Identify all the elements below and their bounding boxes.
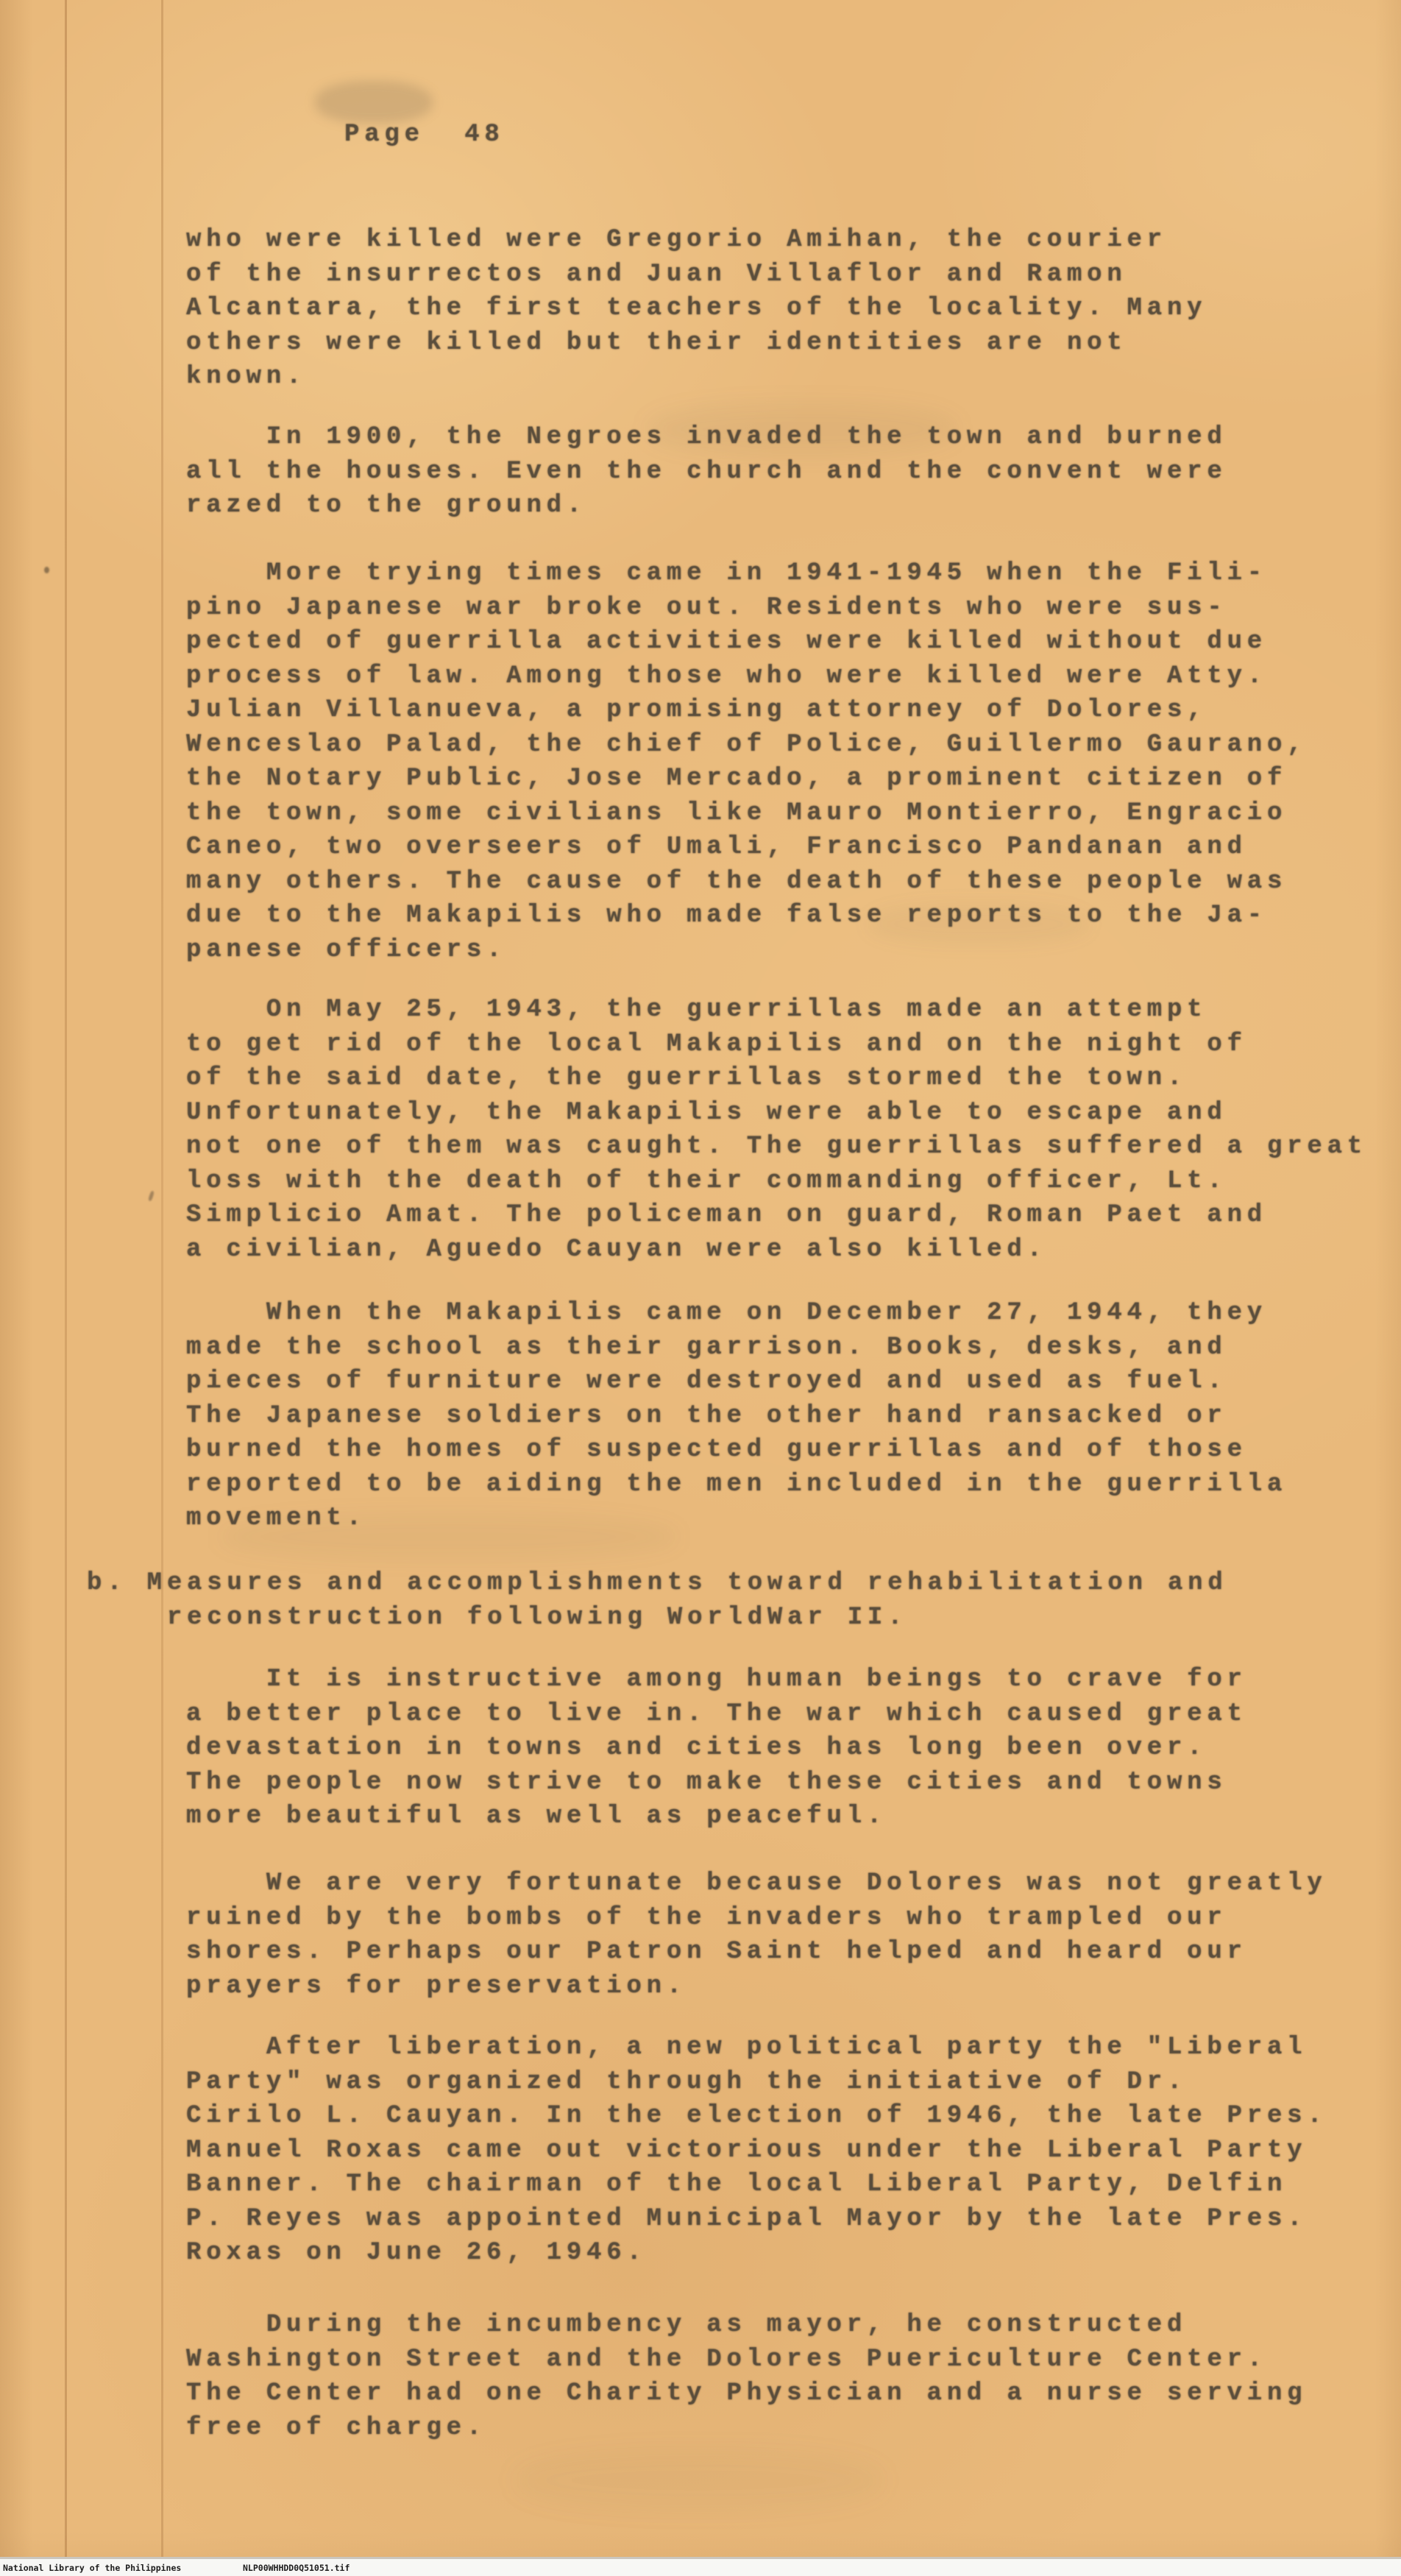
- text-line: During the incumbency as mayor, he const…: [186, 2308, 1307, 2343]
- text-line: a civilian, Aguedo Cauyan were also kill…: [186, 1233, 1367, 1267]
- text-line: shores. Perhaps our Patron Saint helped …: [186, 1935, 1327, 1970]
- text-line: Alcantara, the first teachers of the loc…: [186, 291, 1207, 326]
- paper-fold-line-margin: [161, 0, 163, 2558]
- text-line: devastation in towns and cities has long…: [186, 1731, 1247, 1766]
- text-line: The Japanese soldiers on the other hand …: [186, 1399, 1287, 1434]
- paragraph-p8: After liberation, a new political party …: [186, 2031, 1327, 2271]
- text-line: Cirilo L. Cauyan. In the election of 194…: [186, 2099, 1327, 2134]
- text-line: to get rid of the local Makapilis and on…: [186, 1027, 1367, 1062]
- text-line: After liberation, a new political party …: [186, 2031, 1327, 2065]
- paper-stain: [515, 2451, 883, 2510]
- text-line: reconstruction following WorldWar II.: [87, 1601, 1228, 1635]
- text-line: pected of guerrilla activities were kill…: [186, 625, 1307, 659]
- paper-fold-line-left: [65, 0, 67, 2558]
- text-line: the town, some civilians like Mauro Mont…: [186, 796, 1307, 831]
- text-line: due to the Makapilis who made false repo…: [186, 899, 1307, 933]
- pencil-mark: [148, 1191, 155, 1202]
- footer-library-name: National Library of the Philippines: [3, 2561, 181, 2575]
- text-line: In 1900, the Negroes invaded the town an…: [186, 420, 1227, 455]
- paragraph-p1: who were killed were Gregorio Amihan, th…: [186, 223, 1207, 394]
- text-line: Party" was organized through the initiat…: [186, 2065, 1327, 2100]
- text-line: P. Reyes was appointed Municipal Mayor b…: [186, 2202, 1327, 2237]
- text-line: Washington Street and the Dolores Pueric…: [186, 2343, 1307, 2377]
- text-line: of the insurrectos and Juan Villaflor an…: [186, 258, 1207, 292]
- text-line: It is instructive among human beings to …: [186, 1663, 1247, 1697]
- paragraph-p2: In 1900, the Negroes invaded the town an…: [186, 420, 1227, 523]
- paragraph-p4: On May 25, 1943, the guerrillas made an …: [186, 993, 1367, 1267]
- text-line: of the said date, the guerrillas stormed…: [186, 1061, 1367, 1096]
- text-line: prayers for preservation.: [186, 1970, 1327, 2004]
- text-line: loss with the death of their commanding …: [186, 1164, 1367, 1199]
- text-line: When the Makapilis came on December 27, …: [186, 1296, 1287, 1331]
- pencil-mark: [44, 567, 49, 573]
- text-line: reported to be aiding the men included i…: [186, 1468, 1287, 1502]
- text-line: Julian Villanueva, a promising attorney …: [186, 693, 1307, 728]
- paragraph-p5: When the Makapilis came on December 27, …: [186, 1296, 1287, 1536]
- text-line: The people now strive to make these citi…: [186, 1766, 1247, 1800]
- text-line: burned the homes of suspected guerrillas…: [186, 1433, 1287, 1468]
- text-line: many others. The cause of the death of t…: [186, 865, 1307, 899]
- scan-footer-bar: National Library of the Philippines NLP0…: [0, 2557, 1401, 2576]
- text-line: process of law. Among those who were kil…: [186, 659, 1307, 694]
- text-line: razed to the ground.: [186, 489, 1227, 523]
- text-line: Caneo, two overseers of Umali, Francisco…: [186, 830, 1307, 865]
- text-line: a better place to live in. The war which…: [186, 1697, 1247, 1732]
- paragraph-p9: During the incumbency as mayor, he const…: [186, 2308, 1307, 2445]
- text-line: Unfortunately, the Makapilis were able t…: [186, 1096, 1367, 1130]
- section-heading: b. Measures and accomplishments toward r…: [87, 1566, 1228, 1635]
- footer-scan-filename: NLP00WHHDD0Q51051.tif: [243, 2561, 350, 2575]
- text-line: pieces of furniture were destroyed and u…: [186, 1365, 1287, 1399]
- text-line: More trying times came in 1941-1945 when…: [186, 556, 1307, 591]
- text-line: all the houses. Even the church and the …: [186, 455, 1227, 489]
- text-line: Simplicio Amat. The policeman on guard, …: [186, 1198, 1367, 1233]
- text-line: Roxas on June 26, 1946.: [186, 2236, 1327, 2271]
- text-line: The Center had one Charity Physician and…: [186, 2377, 1307, 2411]
- text-line: panese officers.: [186, 933, 1307, 968]
- text-line: On May 25, 1943, the guerrillas made an …: [186, 993, 1367, 1027]
- text-line: We are very fortunate because Dolores wa…: [186, 1866, 1327, 1901]
- text-line: not one of them was caught. The guerrill…: [186, 1130, 1367, 1164]
- text-line: Manuel Roxas came out victorious under t…: [186, 2134, 1327, 2168]
- paragraph-p7: We are very fortunate because Dolores wa…: [186, 1866, 1327, 2003]
- text-line: Wenceslao Palad, the chief of Police, Gu…: [186, 728, 1307, 762]
- text-line: others were killed but their identities …: [186, 326, 1207, 361]
- paragraph-p3: More trying times came in 1941-1945 when…: [186, 556, 1307, 967]
- text-line: more beautiful as well as peaceful.: [186, 1800, 1247, 1834]
- page-number: Page 48: [344, 118, 505, 152]
- text-line: movement.: [186, 1501, 1287, 1536]
- text-line: made the school as their garrison. Books…: [186, 1331, 1287, 1365]
- text-line: b. Measures and accomplishments toward r…: [87, 1566, 1228, 1601]
- text-line: ruined by the bombs of the invaders who …: [186, 1901, 1327, 1936]
- text-line: who were killed were Gregorio Amihan, th…: [186, 223, 1207, 258]
- text-line: Banner. The chairman of the local Libera…: [186, 2168, 1327, 2202]
- paragraph-p6: It is instructive among human beings to …: [186, 1663, 1247, 1834]
- scanned-document-page: Page 48 who were killed were Gregorio Am…: [0, 0, 1401, 2576]
- text-line: free of charge.: [186, 2411, 1307, 2446]
- text-line: known.: [186, 360, 1207, 394]
- text-line: the Notary Public, Jose Mercado, a promi…: [186, 762, 1307, 796]
- text-line: pino Japanese war broke out. Residents w…: [186, 591, 1307, 626]
